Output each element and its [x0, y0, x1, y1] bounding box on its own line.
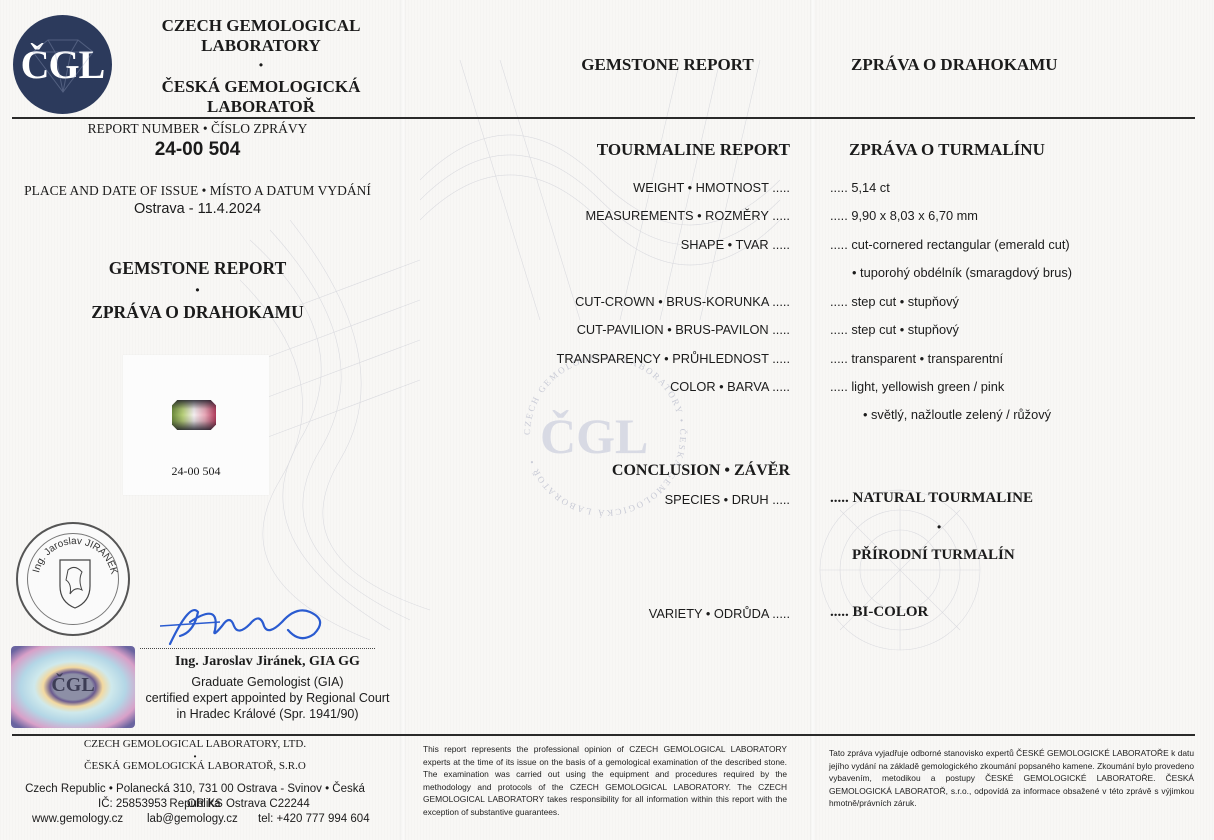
- fold-line: [810, 0, 816, 840]
- lab-name-en-line2: LABORATORY: [130, 36, 392, 56]
- footer-or: OR KS Ostrava C22244: [187, 797, 310, 812]
- signer-name: Ing. Jaroslav Jiránek, GIA GG: [140, 654, 395, 670]
- expert-stamp: Ing. Jaroslav JIRÁNEK: [16, 522, 130, 636]
- svg-text:ČGL: ČGL: [540, 408, 648, 464]
- footer-website-link[interactable]: www.gemology.cz: [32, 812, 123, 827]
- lab-name-cz: ČESKÁ GEMOLOGICKÁ LABORATOŘ: [130, 77, 392, 117]
- lab-name-en-line1: CZECH GEMOLOGICAL: [130, 16, 392, 36]
- cut-crown-value: ..... step cut • stupňový: [830, 294, 959, 309]
- signature-icon: [160, 592, 340, 652]
- species-value-cz: PŘÍRODNÍ TURMALÍN: [852, 547, 1015, 564]
- signer-line-1: Graduate Gemologist (GIA): [140, 674, 395, 690]
- subheader-en: TOURMALINE REPORT: [520, 140, 790, 160]
- transparency-label: TRANSPARENCY • PRŮHLEDNOST .....: [557, 351, 790, 366]
- header-divider: [12, 117, 1195, 119]
- header-cz: ZPRÁVA O DRAHOKAMU: [851, 55, 1058, 75]
- measurements-label: MEASUREMENTS • ROZMĚRY .....: [585, 208, 790, 223]
- svg-text:Ing. Jaroslav JIRÁNEK: Ing. Jaroslav JIRÁNEK: [31, 536, 119, 576]
- subheader-cz: ZPRÁVA O TURMALÍNU: [849, 140, 1045, 160]
- report-number: 24-00 504: [0, 139, 395, 161]
- signature-line: [140, 648, 375, 649]
- color-label: COLOR • BARVA .....: [670, 379, 790, 394]
- cgl-logo: ČGL: [13, 15, 112, 114]
- gemstone-report-certificate: ČGL CZECH GEMOLOGICAL LABORATORY • ČESKÁ…: [0, 0, 1214, 840]
- guilloche-pattern-icon: [240, 220, 440, 640]
- signer-credentials: Graduate Gemologist (GIA) certified expe…: [140, 674, 395, 722]
- cut-crown-label: CUT-CROWN • BRUS-KORUNKA .....: [575, 294, 790, 309]
- signer-line-2: certified expert appointed by Regional C…: [140, 690, 395, 706]
- lab-name-en: CZECH GEMOLOGICAL LABORATORY: [130, 16, 392, 56]
- bullet: •: [937, 521, 941, 533]
- security-hologram: ČGL: [11, 646, 135, 728]
- bullet: •: [130, 59, 392, 71]
- transparency-value: ..... transparent • transparentní: [830, 351, 1003, 366]
- cut-pavilion-value: ..... step cut • stupňový: [830, 322, 959, 337]
- diamond-icon: [23, 37, 103, 97]
- place-date-label: PLACE AND DATE OF ISSUE • MÍSTO A DATUM …: [0, 183, 395, 199]
- fold-line: [400, 0, 406, 840]
- place-date: Ostrava - 11.4.2024: [0, 201, 395, 217]
- photo-caption: 24-00 504: [123, 464, 269, 479]
- report-number-label: REPORT NUMBER • ČÍSLO ZPRÁVY: [0, 121, 395, 137]
- footer-company-en: CZECH GEMOLOGICAL LABORATORY, LTD.: [0, 738, 390, 750]
- lab-name-cz-line2: LABORATOŘ: [130, 97, 392, 117]
- shape-label: SHAPE • TVAR .....: [681, 237, 790, 252]
- lab-name-cz-line1: ČESKÁ GEMOLOGICKÁ: [130, 77, 392, 97]
- footer-email-link[interactable]: lab@gemology.cz: [147, 812, 238, 827]
- variety-label: VARIETY • ODRŮDA .....: [649, 606, 790, 621]
- hologram-text: ČGL: [11, 674, 135, 697]
- color-value: ..... light, yellowish green / pink: [830, 379, 1004, 394]
- conclusion-label: CONCLUSION • ZÁVĚR: [520, 462, 790, 480]
- bullet: •: [0, 284, 395, 296]
- color-value-cz: • světlý, nažloutle zelený / růžový: [863, 407, 1051, 422]
- disclaimer-en: This report represents the professional …: [423, 743, 787, 819]
- footer-ic: IČ: 25853953: [98, 797, 167, 812]
- title-cz: ZPRÁVA O DRAHOKAMU: [0, 302, 395, 323]
- shape-value-cz: • tuporohý obdélník (smaragdový brus): [852, 265, 1072, 280]
- species-label: SPECIES • DRUH .....: [665, 492, 790, 507]
- cut-pavilion-label: CUT-PAVILION • BRUS-PAVILON .....: [577, 322, 790, 337]
- weight-label: WEIGHT • HMOTNOST .....: [633, 180, 790, 195]
- disclaimer-cz: Tato zpráva vyjadřuje odborné stanovisko…: [829, 747, 1194, 810]
- shape-value: ..... cut-cornered rectangular (emerald …: [830, 237, 1070, 252]
- footer-phone: tel: +420 777 994 604: [258, 812, 370, 827]
- footer-company-cz: ČESKÁ GEMOLOGICKÁ LABORATOŘ, S.R.O: [0, 760, 390, 772]
- title-en: GEMSTONE REPORT: [0, 258, 395, 279]
- measurements-value: ..... 9,90 x 8,03 x 6,70 mm: [830, 208, 978, 223]
- variety-value: ..... BI-COLOR: [830, 604, 928, 621]
- gemstone-image: [172, 400, 216, 430]
- stamp-lion-icon: Ing. Jaroslav JIRÁNEK: [18, 524, 132, 638]
- header-en: GEMSTONE REPORT: [540, 55, 795, 75]
- weight-value: ..... 5,14 ct: [830, 180, 890, 195]
- footer-divider: [12, 734, 1195, 736]
- gemstone-photo-card: 24-00 504: [123, 355, 269, 495]
- signer-line-3: in Hradec Králové (Spr. 1941/90): [140, 706, 395, 722]
- species-value-en: ..... NATURAL TOURMALINE: [830, 490, 1033, 507]
